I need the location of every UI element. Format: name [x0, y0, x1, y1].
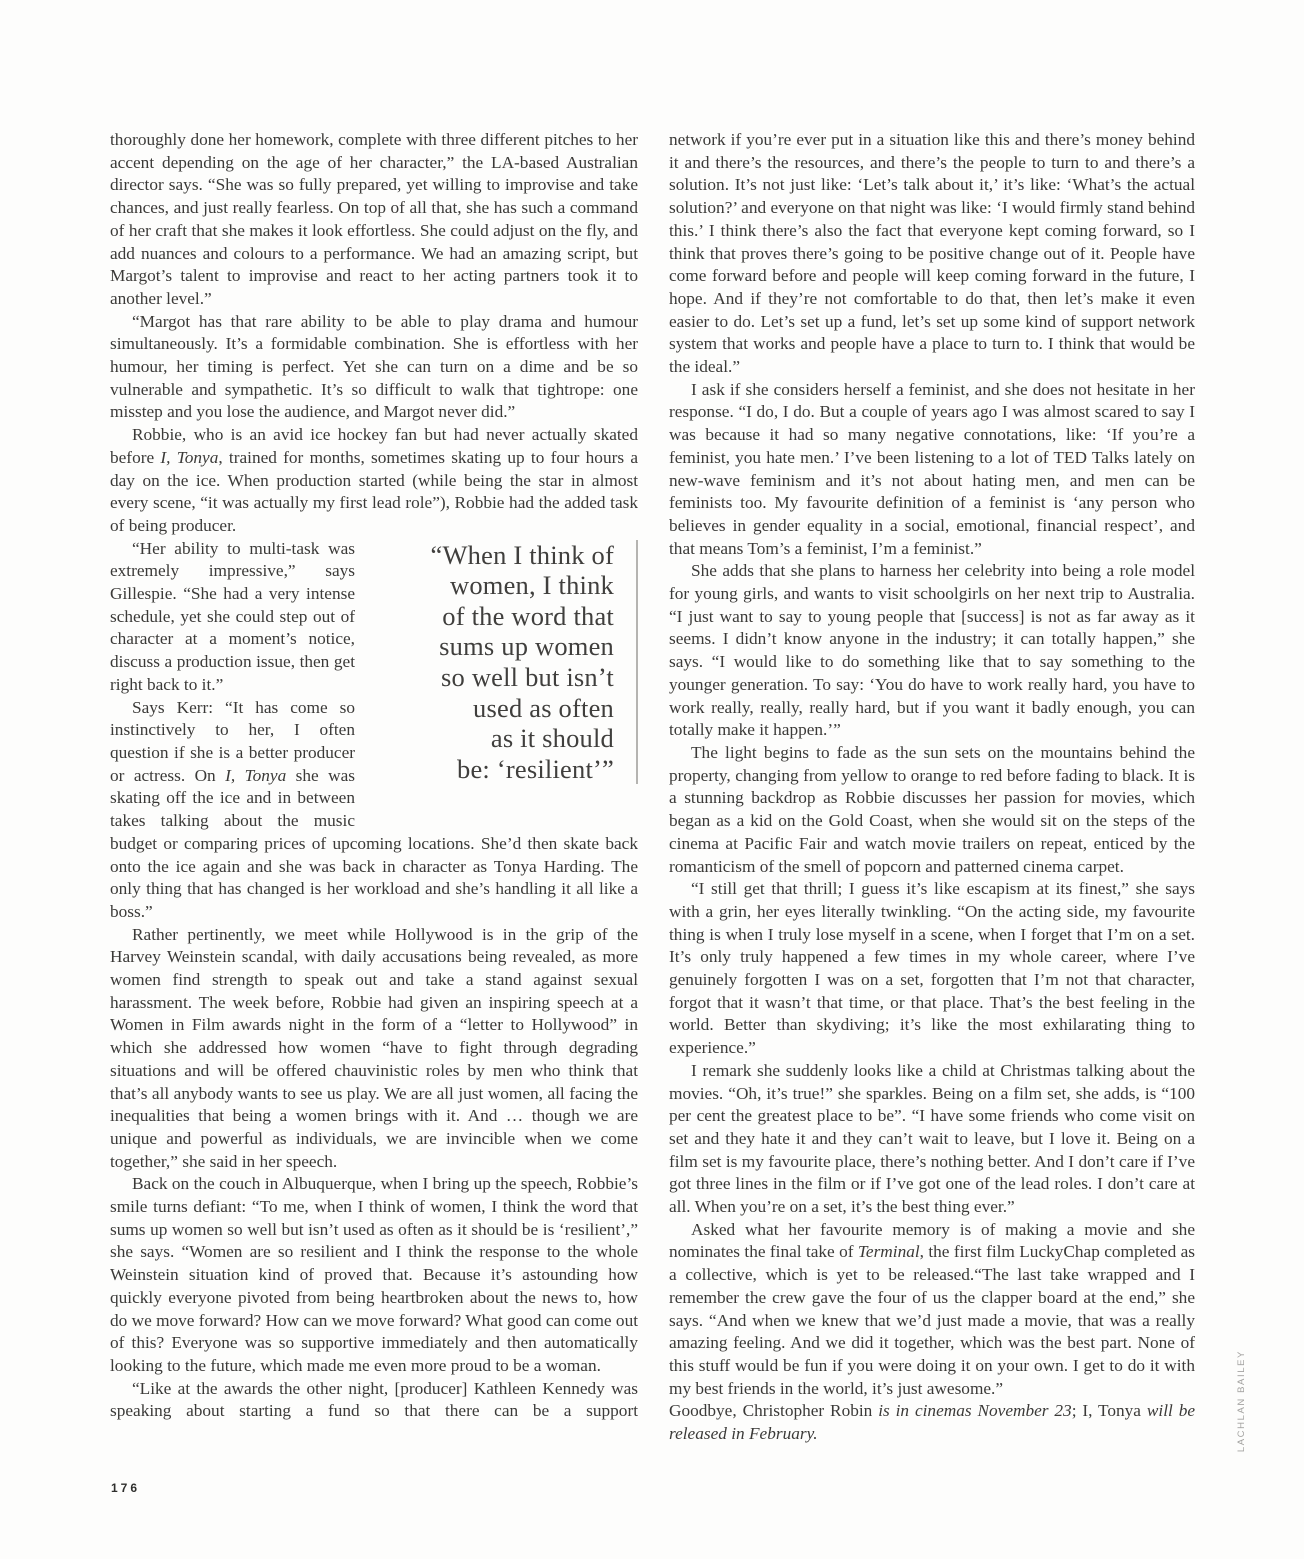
article-paragraph: “I still get that thrill; I guess it’s l…	[669, 878, 1195, 1060]
pull-quote-line: “When I think of	[370, 540, 614, 571]
text-segment: , the first film LuckyChap completed as …	[669, 1242, 1195, 1397]
article-paragraph: Back on the couch in Albuquerque, when I…	[110, 1173, 638, 1377]
article-paragraph: network if you’re ever put in a situatio…	[669, 129, 1195, 379]
article-paragraph: thoroughly done her homework, complete w…	[110, 129, 638, 311]
pull-quote-line: so well but isn’t	[370, 662, 614, 693]
pull-quote: “When I think of women, I think of the w…	[370, 540, 638, 829]
pull-quote-line: women, I think	[370, 570, 614, 601]
release-credits: Goodbye, Christopher Robin is in cinemas…	[669, 1400, 1195, 1445]
film-title-i-tonya: ; I, Tonya	[1072, 1401, 1147, 1420]
text-segment: is in cinemas November 23	[878, 1401, 1071, 1420]
article-paragraph: I ask if she considers herself a feminis…	[669, 379, 1195, 561]
article-paragraph: She adds that she plans to harness her c…	[669, 560, 1195, 742]
article-paragraph: “Like at the awards the other night, [pr…	[110, 1378, 638, 1423]
article-paragraph: “Margot has that rare ability to be able…	[110, 311, 638, 425]
article-paragraph: Rather pertinently, we meet while Hollyw…	[110, 924, 638, 1174]
article-paragraph: The light begins to fade as the sun sets…	[669, 742, 1195, 878]
photo-credit: LACHLAN BAILEY	[1236, 1350, 1247, 1452]
magazine-page: thoroughly done her homework, complete w…	[0, 0, 1304, 1559]
article-paragraph: I remark she suddenly looks like a child…	[669, 1060, 1195, 1219]
pull-quote-line: used as often	[370, 693, 614, 724]
pull-quote-line: be: ‘resilient’”	[370, 754, 614, 785]
pull-quote-rule: “When I think of women, I think of the w…	[370, 540, 638, 785]
pull-quote-line: of the word that	[370, 601, 614, 632]
film-title-i-tonya: I, Tonya	[160, 448, 218, 467]
pull-quote-line: sums up women	[370, 631, 614, 662]
left-column: thoroughly done her homework, complete w…	[110, 129, 638, 1423]
pull-quote-line: as it should	[370, 723, 614, 754]
film-title-i-tonya: I, Tonya	[225, 766, 286, 785]
film-title-terminal: Terminal	[858, 1242, 920, 1261]
article-paragraph: Robbie, who is an avid ice hockey fan bu…	[110, 424, 638, 538]
page-number: 176	[111, 1481, 140, 1495]
film-title-goodbye-christopher-robin: Goodbye, Christopher Robin	[669, 1401, 878, 1420]
article-paragraph: Asked what her favourite memory is of ma…	[669, 1219, 1195, 1401]
right-column: network if you’re ever put in a situatio…	[669, 129, 1195, 1446]
